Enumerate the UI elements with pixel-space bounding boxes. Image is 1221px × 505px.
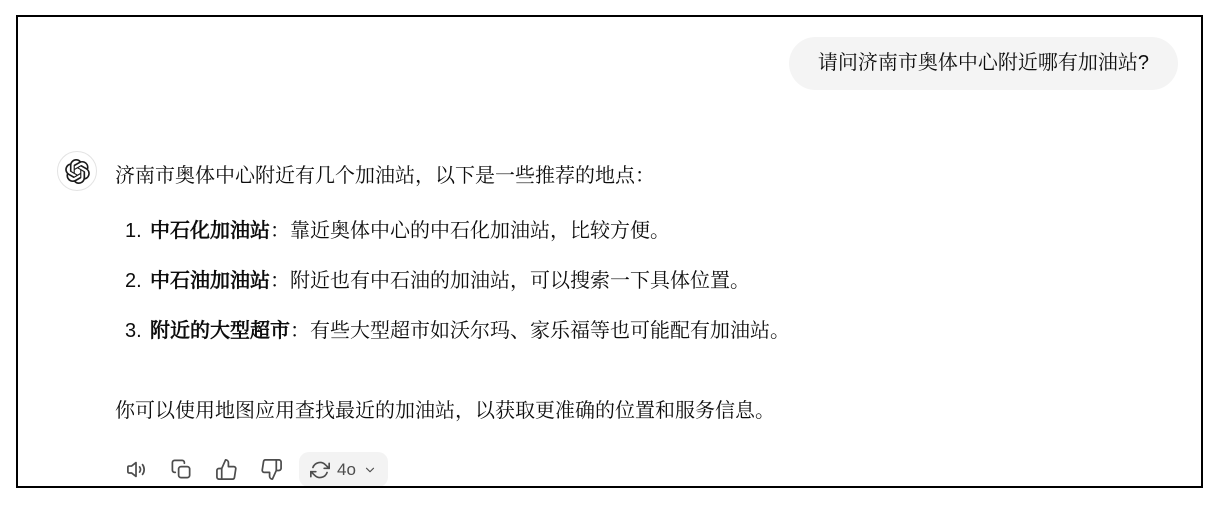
list-item-text: ：附近也有中石油的加油站，可以搜索一下具体位置。 bbox=[270, 270, 750, 292]
list-item-label: 中石油加油站 bbox=[150, 270, 270, 292]
read-aloud-button[interactable] bbox=[117, 452, 155, 487]
assistant-message: 济南市奥体中心附近有几个加油站，以下是一些推荐的地点： 1.中石化加油站：靠近奥… bbox=[115, 17, 1187, 486]
thumbs-down-button[interactable] bbox=[252, 452, 290, 487]
list-item-label: 中石化加油站 bbox=[150, 220, 270, 242]
list-number: 3. bbox=[125, 318, 150, 345]
thumbs-up-button[interactable] bbox=[207, 452, 245, 487]
copy-button[interactable] bbox=[162, 452, 200, 487]
regenerate-icon bbox=[310, 460, 330, 480]
speaker-icon bbox=[125, 458, 148, 481]
thumbs-up-icon bbox=[215, 458, 238, 481]
list-item-label: 附近的大型超市 bbox=[150, 320, 290, 342]
regenerate-model-selector[interactable]: 4o bbox=[299, 452, 388, 487]
chevron-down-icon bbox=[363, 463, 377, 477]
list-item-2: 2.中石油加油站：附近也有中石油的加油站，可以搜索一下具体位置。 bbox=[125, 268, 750, 295]
list-number: 1. bbox=[125, 218, 150, 245]
list-item-1: 1.中石化加油站：靠近奥体中心的中石化加油站，比较方便。 bbox=[125, 218, 670, 245]
assistant-intro-text: 济南市奥体中心附近有几个加油站，以下是一些推荐的地点： bbox=[115, 163, 655, 190]
openai-logo-icon bbox=[65, 159, 90, 184]
list-item-text: ：靠近奥体中心的中石化加油站，比较方便。 bbox=[270, 220, 670, 242]
model-label: 4o bbox=[337, 461, 356, 478]
message-toolbar: 4o bbox=[117, 452, 388, 487]
chat-window: 请问济南市奥体中心附近哪有加油站? 济南市奥体中心附近有几个加油站，以下是一些推… bbox=[16, 15, 1203, 488]
copy-icon bbox=[170, 458, 193, 481]
list-item-3: 3.附近的大型超市：有些大型超市如沃尔玛、家乐福等也可能配有加油站。 bbox=[125, 318, 790, 345]
list-number: 2. bbox=[125, 268, 150, 295]
assistant-outro-text: 你可以使用地图应用查找最近的加油站，以获取更准确的位置和服务信息。 bbox=[115, 398, 775, 425]
assistant-avatar bbox=[57, 151, 97, 191]
list-item-text: ：有些大型超市如沃尔玛、家乐福等也可能配有加油站。 bbox=[290, 320, 790, 342]
thumbs-down-icon bbox=[260, 458, 283, 481]
